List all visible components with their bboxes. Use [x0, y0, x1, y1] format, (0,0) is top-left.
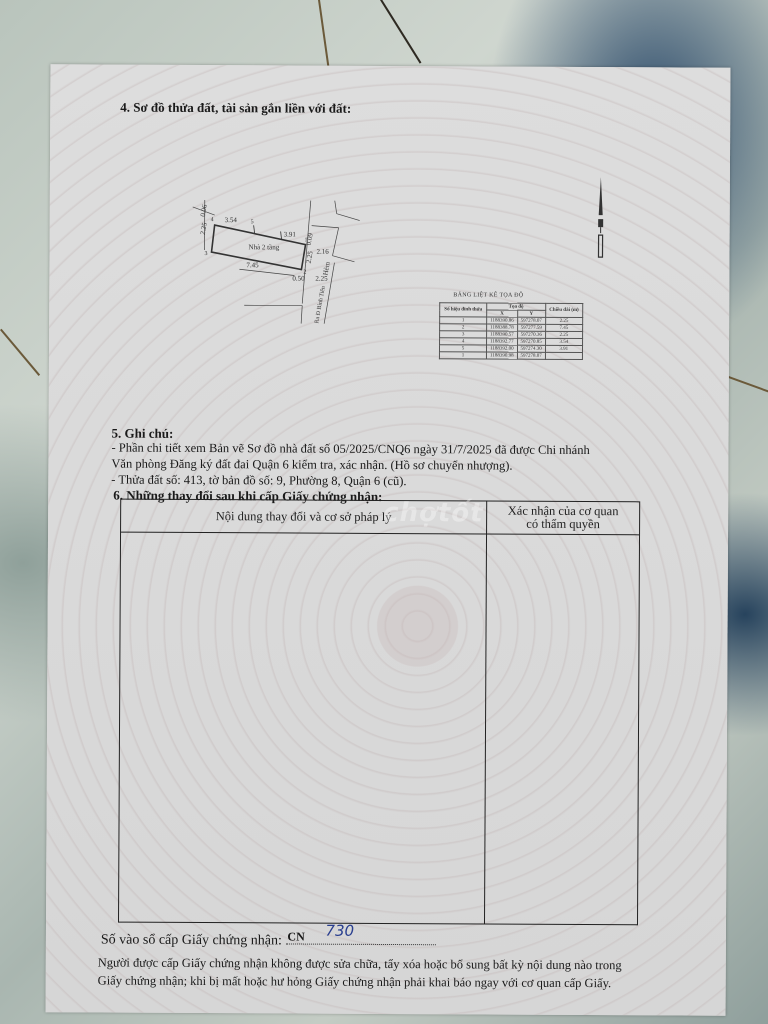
- svg-text:1: 1: [305, 238, 308, 244]
- coordinate-row: 11188390.98597278.07: [439, 352, 582, 360]
- footer-warning: Người được cấp Giấy chứng nhận không đượ…: [98, 953, 698, 992]
- note-line-3: - Thửa đất số: 413, tờ bản đồ số: 9, Phư…: [111, 472, 406, 490]
- marble-vein: [380, 0, 421, 64]
- marble-vein: [318, 0, 330, 69]
- column-divider: [484, 502, 487, 924]
- dim-right: 2.25: [305, 250, 315, 264]
- coordinate-table: Số hiệu đỉnh thửa Tọa độ Chiều dài (m) X…: [439, 302, 583, 360]
- dim-top-left: 3.54: [225, 216, 238, 224]
- coordinate-table-title: BẢNG LIỆT KÊ TỌA ĐỘ: [453, 292, 523, 298]
- registration-label: Số vào sổ cấp Giấy chứng nhận:: [101, 933, 282, 949]
- registration-line: Số vào sổ cấp Giấy chứng nhận: CN 730: [101, 931, 436, 951]
- watermark: chợtốt: [383, 498, 484, 529]
- dim-offset: 0.50: [292, 274, 305, 282]
- dim-alley-top: 2.16: [316, 248, 329, 256]
- svg-text:5: 5: [251, 219, 254, 225]
- svg-text:3: 3: [204, 251, 207, 257]
- alley-label: Hẻm: [321, 261, 331, 276]
- building-label: Nhà 2 tầng: [249, 243, 280, 251]
- dim-left: 2.25: [199, 221, 209, 235]
- registration-number: 730: [325, 922, 354, 940]
- dim-top-right: 3.91: [284, 230, 297, 238]
- changes-table: Nội dung thay đổi và cơ sở pháp lý Xác n…: [118, 499, 640, 926]
- parcel-sketch: 3.54 3.91 Nhà 2 tầng 7.45 2.25 0.06 2.25…: [184, 195, 360, 326]
- dim-left-top: 0.06: [199, 203, 209, 217]
- north-arrow-icon: [594, 177, 606, 259]
- certificate-page: 4. Sơ đồ thửa đất, tài sản gắn liền với …: [46, 64, 731, 1016]
- svg-text:4: 4: [211, 217, 214, 223]
- col-header-authority: Xác nhận của cơ quan có thẩm quyền: [487, 502, 639, 535]
- dim-bottom: 7.45: [246, 261, 259, 269]
- svg-text:2: 2: [303, 270, 306, 276]
- marble-vein: [0, 329, 40, 376]
- section4-heading: 4. Sơ đồ thửa đất, tài sản gắn liền với …: [120, 100, 351, 117]
- registration-prefix: CN: [287, 929, 304, 944]
